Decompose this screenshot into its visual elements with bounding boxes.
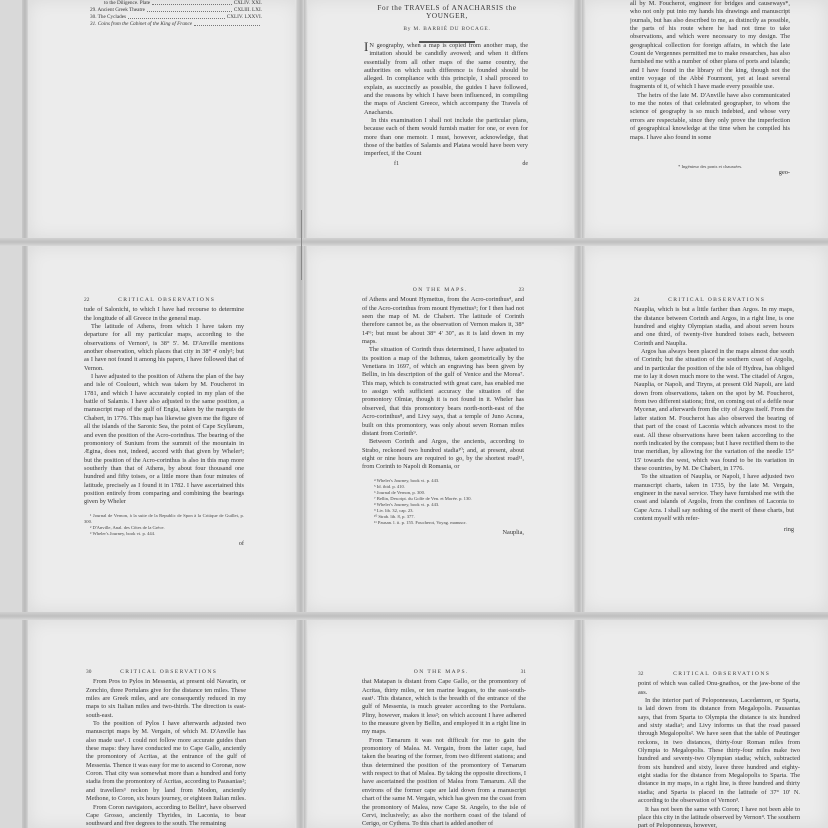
page-32: 32 CRITICAL OBSERVATIONS point of which … [582,620,828,828]
body-text: 24 CRITICAL OBSERVATIONS Nauplia, which … [634,296,794,535]
catchword: geo- [762,169,790,176]
footnotes: ¹ Journal de Vernon, à la suite de la Re… [84,513,244,537]
signature-mark: f1 [394,160,399,168]
section-heading: For the TRAVELS of ANACHARSIS the YOUNGE… [362,4,532,20]
running-head: 30 CRITICAL OBSERVATIONS [86,668,246,676]
page-number: 23 [519,286,524,294]
body-text: 22 CRITICAL OBSERVATIONS tude of Salonic… [84,296,244,548]
page-number: 31 [521,668,526,676]
footnotes: ⁴ Wheler's Journey, book vi. p. 443. ⁵ I… [362,478,524,526]
running-head: ON THE MAPS. 23 [362,286,524,294]
toc-row: 30. The CycladesCXLIV. LXXVI. [90,14,262,21]
page-intro-continued: all by M. Foucherot, engineer for bridge… [582,0,828,238]
running-head: 22 CRITICAL OBSERVATIONS [84,296,244,304]
table-of-plates: to the Diligence. PlateCXLIV. XXI. 29. A… [90,0,262,28]
page-22: 22 CRITICAL OBSERVATIONS tude of Salonic… [28,246,298,612]
page-toc-end: to the Diligence. PlateCXLIV. XXI. 29. A… [28,0,298,238]
scanned-pages-grid: to the Diligence. PlateCXLIV. XXI. 29. A… [0,0,828,828]
byline: By M. BARBIÉ DU BOCAGE. [362,26,532,32]
drop-cap: I [364,42,368,52]
body-text: all by M. Foucherot, engineer for bridge… [630,0,790,155]
catchword: ring [634,526,794,534]
toc-row: to the Diligence. PlateCXLIV. XXI. [90,0,262,7]
page-31: ON THE MAPS. 31 that Matapan is distant … [304,620,576,828]
running-head: 32 CRITICAL OBSERVATIONS [638,670,800,678]
running-head: 24 CRITICAL OBSERVATIONS [634,296,794,304]
page-30: 30 CRITICAL OBSERVATIONS From Pros to Py… [28,620,298,828]
body-text: IN geography, when a map is copied from … [364,42,528,168]
toc-row: 29. Ancient Greek TheatreCXLIII. LXI. [90,7,262,14]
body-text: 30 CRITICAL OBSERVATIONS From Pros to Py… [86,668,246,828]
catchword: de [522,160,528,168]
body-text: ON THE MAPS. 31 that Matapan is distant … [362,668,526,828]
page-gutter [0,612,828,620]
toc-row: 31. Coins from the Cabinet of the King o… [90,21,262,28]
catchword: Nauplia, [362,529,524,537]
binding-edge [301,210,302,280]
running-head: ON THE MAPS. 31 [362,668,526,676]
page-23: ON THE MAPS. 23 of Athens and Mount Hyme… [304,246,576,612]
page-intro: For the TRAVELS of ANACHARSIS the YOUNGE… [304,0,576,238]
body-text: ON THE MAPS. 23 of Athens and Mount Hyme… [362,286,524,537]
body-text: 32 CRITICAL OBSERVATIONS point of which … [638,670,800,828]
catchword: of [84,540,244,548]
page-24: 24 CRITICAL OBSERVATIONS Nauplia, which … [582,246,828,612]
page-gutter [0,238,828,246]
